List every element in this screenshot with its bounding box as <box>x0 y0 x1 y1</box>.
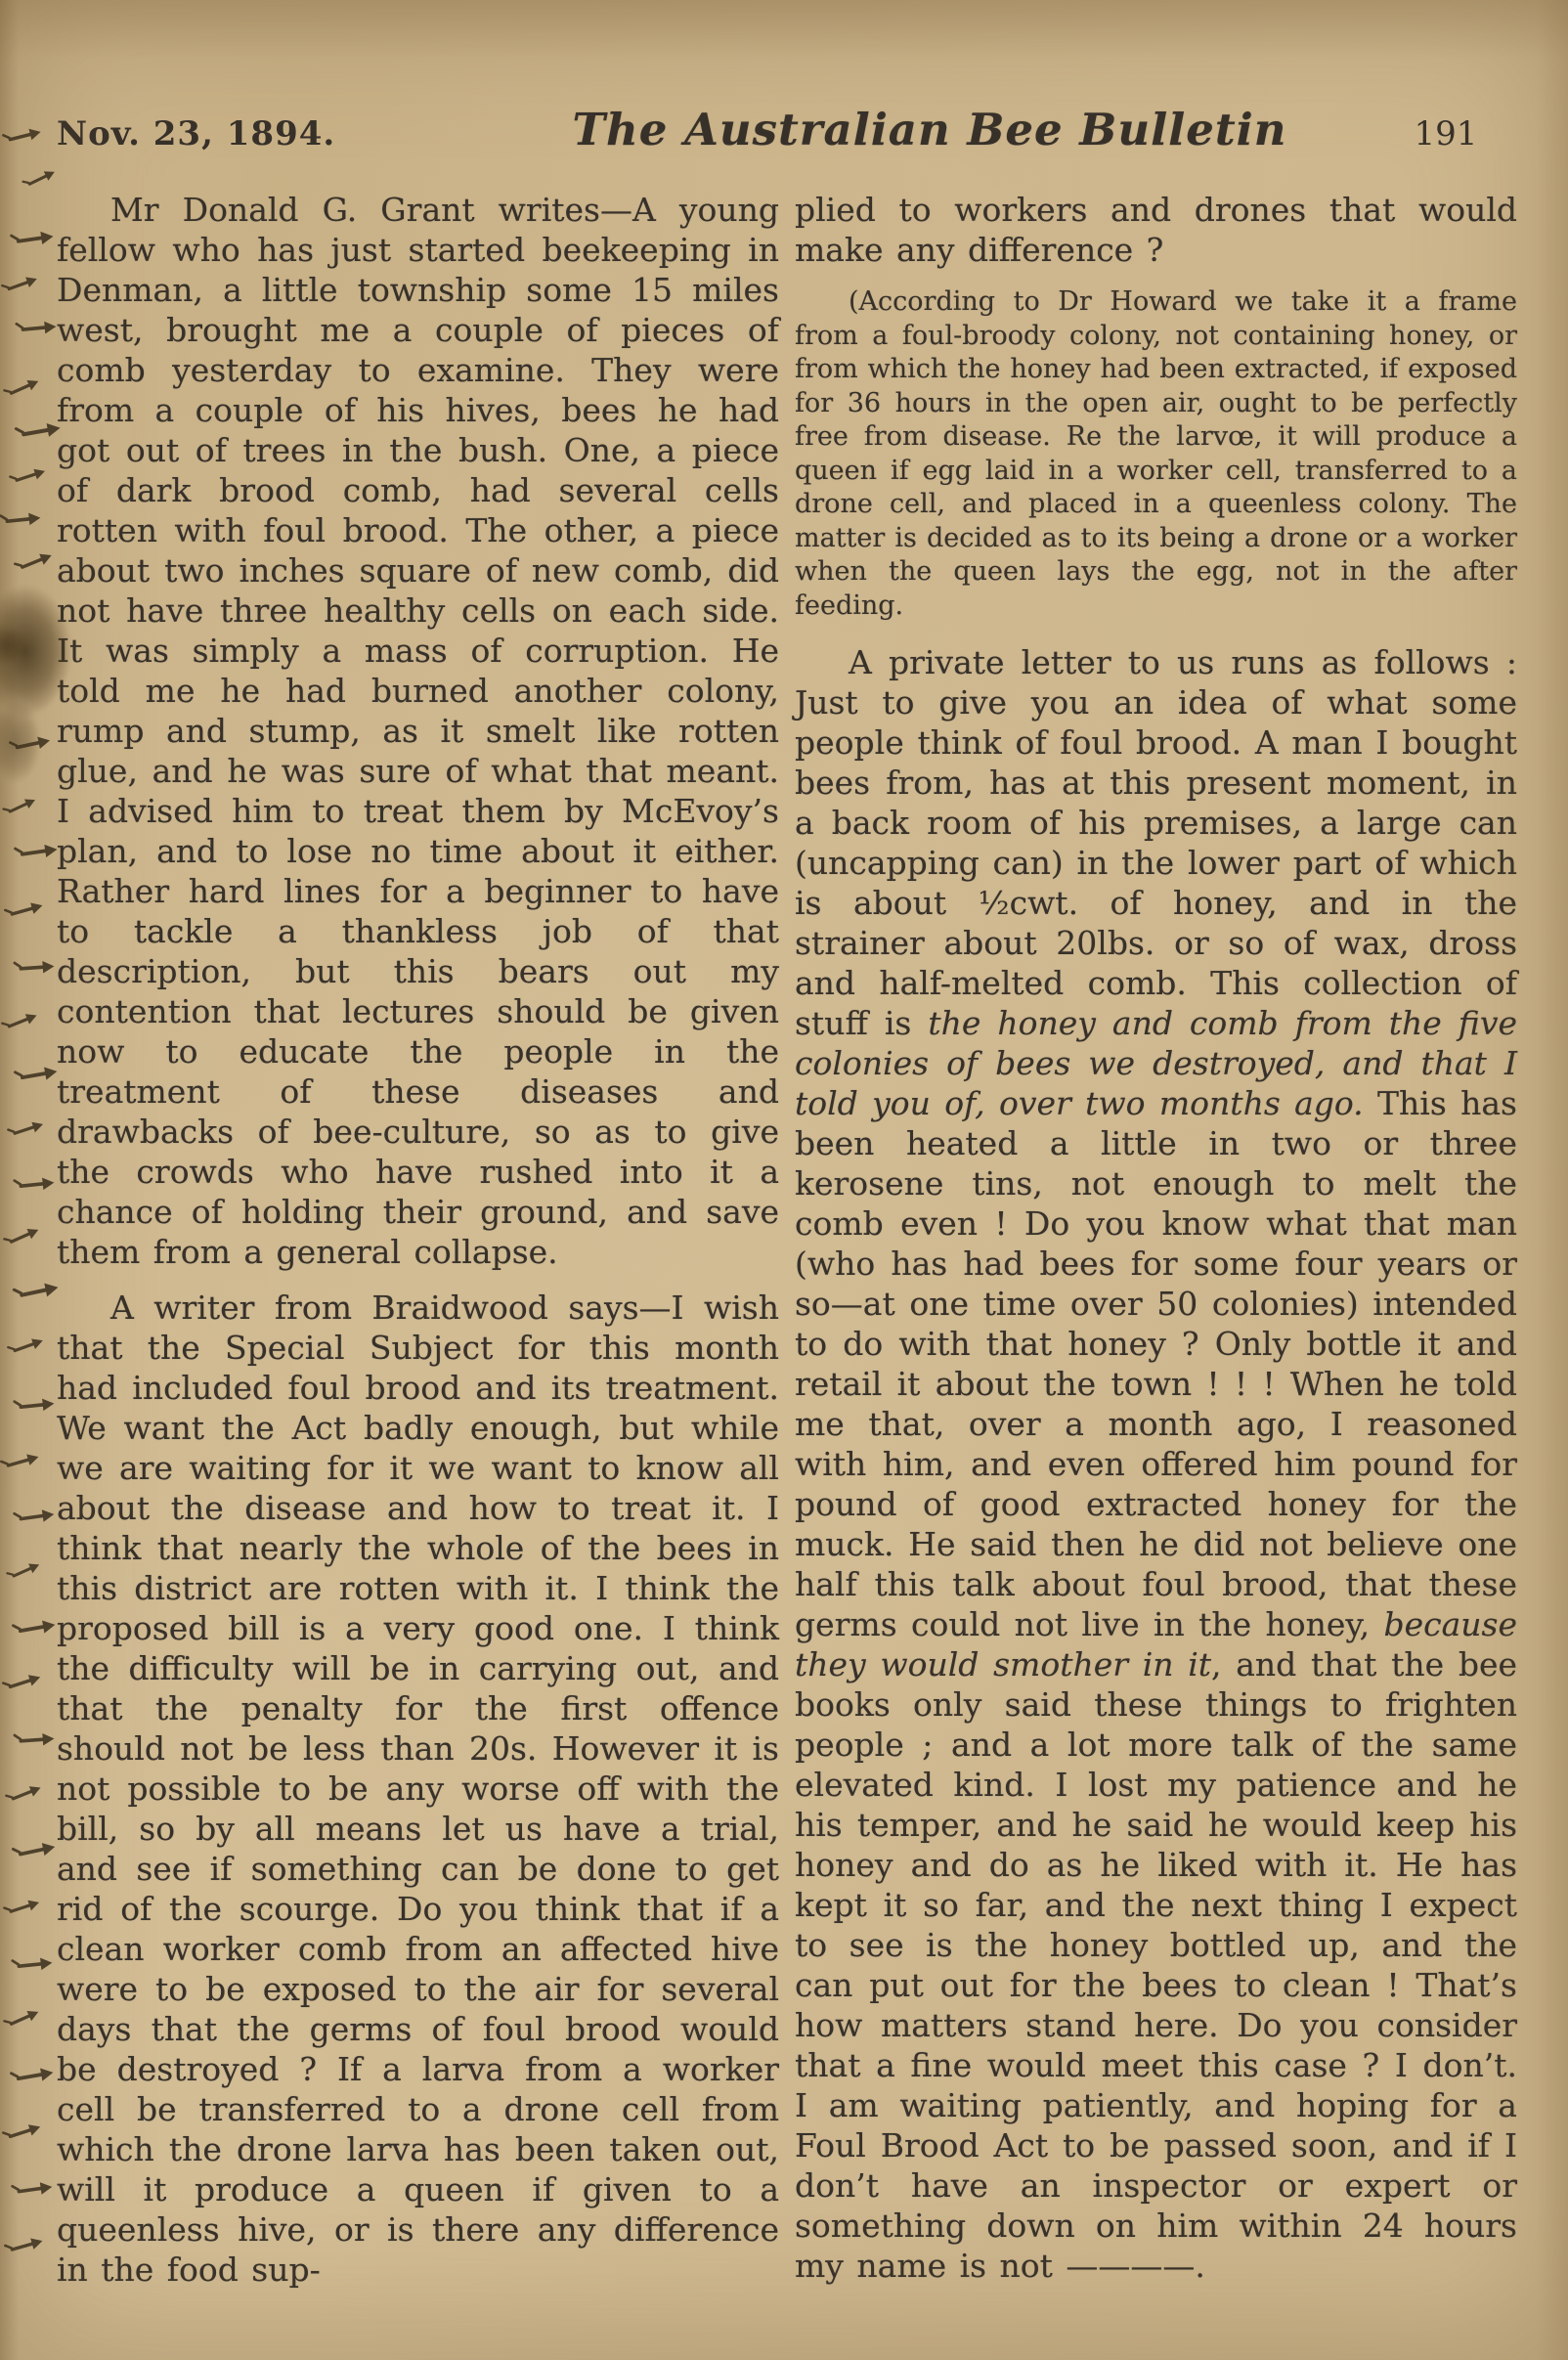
left-column: Mr Donald G. Grant writes—A young fellow… <box>57 190 779 2331</box>
pen-check-mark <box>10 2242 34 2251</box>
ink-blot <box>0 700 41 784</box>
pen-check-mark <box>22 427 51 436</box>
pen-check-mark <box>13 1125 36 1135</box>
pen-check-mark <box>15 740 41 749</box>
pen-check-mark <box>9 2014 31 2027</box>
paragraph: A private letter to us runs as follows :… <box>795 642 1517 2286</box>
pen-check-mark <box>17 2073 45 2081</box>
pen-check-mark <box>21 326 47 331</box>
paragraph: A writer from Braidwood says—I wish that… <box>57 1288 779 2290</box>
page-header: Nov. 23, 1894. The Australian Bee Bullet… <box>57 104 1519 155</box>
pen-check-mark <box>8 1678 32 1688</box>
text-run: (According to Dr Howard we take it a fra… <box>795 286 1517 621</box>
paragraph: (According to Dr Howard we take it a fra… <box>795 285 1517 623</box>
pen-check-mark <box>21 849 49 856</box>
pen-check-mark <box>5 517 31 523</box>
scanned-page: Nov. 23, 1894. The Australian Bee Bullet… <box>0 0 1568 2360</box>
pen-check-mark <box>8 802 29 813</box>
pen-check-mark <box>21 1071 49 1080</box>
pen-check-mark <box>11 1789 33 1801</box>
text-run: plied to workers and drones that would m… <box>795 191 1517 269</box>
text-run: A writer from Braidwood says—I wish that… <box>57 1289 779 2289</box>
pen-check-mark <box>17 1962 43 1968</box>
page-number: 191 <box>1372 114 1519 153</box>
pen-check-mark <box>17 236 45 243</box>
pen-check-mark <box>27 174 49 187</box>
pen-check-mark <box>19 1513 45 1520</box>
pen-check-mark <box>20 1288 49 1297</box>
pen-check-mark <box>19 1403 45 1409</box>
right-column: plied to workers and drones that would m… <box>795 190 1517 2331</box>
pen-check-mark <box>21 557 45 570</box>
pen-check-mark <box>19 1847 47 1857</box>
pen-check-mark <box>13 1341 36 1352</box>
pen-check-mark <box>9 1232 31 1245</box>
publication-title: The Australian Bee Bulletin <box>487 104 1372 155</box>
issue-date: Nov. 23, 1894. <box>57 114 487 153</box>
paragraph: plied to workers and drones that would m… <box>795 190 1517 270</box>
text-run: , and that the bee books only said these… <box>795 1645 1517 2285</box>
text-run: A private letter to us runs as follows :… <box>795 643 1517 1042</box>
pen-check-mark <box>9 383 31 396</box>
pen-check-mark <box>7 1017 29 1028</box>
pen-check-mark <box>10 906 34 916</box>
ink-blot <box>0 626 25 665</box>
paragraph: Mr Donald G. Grant writes—A young fellow… <box>57 190 779 1272</box>
pen-check-mark <box>17 2186 43 2193</box>
pen-check-mark <box>8 132 33 141</box>
pen-check-mark <box>19 1737 45 1742</box>
article-body: Mr Donald G. Grant writes—A young fellow… <box>57 190 1517 2331</box>
pen-check-mark <box>8 2127 32 2138</box>
pen-check-mark <box>19 1182 45 1188</box>
text-run: Mr Donald G. Grant writes—A young fellow… <box>57 191 779 1271</box>
pen-check-mark <box>6 1458 30 1467</box>
pen-check-mark <box>9 1903 32 1913</box>
pen-check-mark <box>19 1625 47 1634</box>
text-run: This has been heated a little in two or … <box>795 1084 1517 1643</box>
pen-check-mark <box>15 472 38 482</box>
pen-check-mark <box>12 1566 33 1578</box>
pen-check-mark <box>7 280 30 290</box>
pen-check-mark <box>19 965 45 970</box>
